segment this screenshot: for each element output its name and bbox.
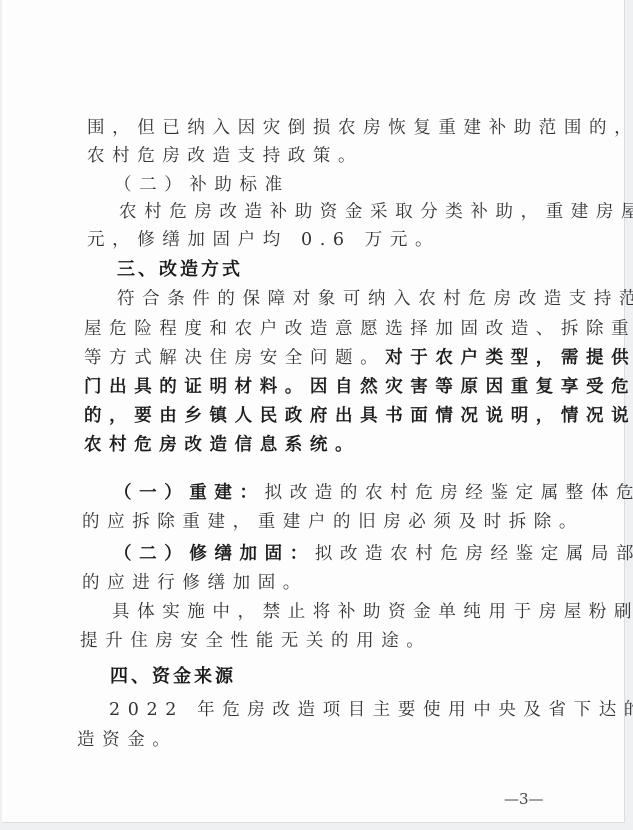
text-line: 造资金。	[77, 729, 177, 751]
text-line: （一）重建：拟改造的农村危房经鉴定属整体危险（D 级）	[114, 482, 633, 504]
text-line: （二）修缮加固：拟改造农村危房经鉴定属局部危险（C 级）	[114, 543, 633, 565]
text-line: 提升住房安全性能无关的用途。	[80, 630, 431, 652]
emphasis-line: 门出具的证明材料。因自然灾害等原因重复享受危房改造政策	[84, 376, 633, 398]
emphasis-line: 的，要由乡镇人民政府出具书面情况说明，情况说明一并上传至	[84, 405, 633, 427]
document-page: 围，但已纳入因灾倒损农房恢复重建补助范围的，不得重复享受 农村危房改造支持政策。…	[2, 0, 625, 823]
text-segment: 拟改造的农村危房经鉴定属整体危险（D 级）	[265, 483, 633, 503]
text-line: 符合条件的保障对象可纳入农村危房改造支持范围，根据房	[117, 288, 633, 310]
text-segment: 等方式解决住房安全问题。	[84, 348, 385, 368]
text-line: 的应进行修缮加固。	[82, 572, 308, 594]
text-line: 的应拆除重建，重建户的旧房必须及时拆除。	[82, 511, 584, 533]
text-line: 具体实施中，禁止将补助资金单纯用于房屋粉刷、装饰等与	[112, 601, 633, 623]
text-line: 2022 年危房改造项目主要使用中央及省下达的农村危房改	[109, 699, 633, 721]
subheading-subsidy-standard: （二）补助标准	[114, 174, 290, 196]
text-segment: 拟改造农村危房经鉴定属局部危险（C 级）	[315, 544, 633, 564]
text-line: 元，修缮加固户均 0.6 万元。	[87, 229, 440, 251]
item-label-rebuild: （一）重建：	[114, 483, 265, 503]
emphasis-segment: 对于农户类型，需提供由相应主管部	[385, 348, 633, 368]
page-number: —3—	[504, 790, 544, 808]
section-heading-funding-source: 四、资金来源	[110, 666, 236, 688]
emphasis-line: 农村危房改造信息系统。	[84, 434, 360, 456]
text-line: 屋危险程度和农户改造意愿选择加固改造、拆除重建或选址新建	[84, 318, 633, 340]
text-line: 围，但已纳入因灾倒损农房恢复重建补助范围的，不得重复享受	[87, 117, 633, 139]
section-heading-renovation-method: 三、改造方式	[117, 259, 243, 281]
item-label-repair: （二）修缮加固：	[114, 544, 315, 564]
text-line: 农村危房改造补助资金采取分类补助，重建房屋户均 2 万	[119, 201, 633, 223]
text-line: 农村危房改造支持政策。	[87, 145, 363, 167]
text-line: 等方式解决住房安全问题。对于农户类型，需提供由相应主管部	[84, 347, 633, 369]
